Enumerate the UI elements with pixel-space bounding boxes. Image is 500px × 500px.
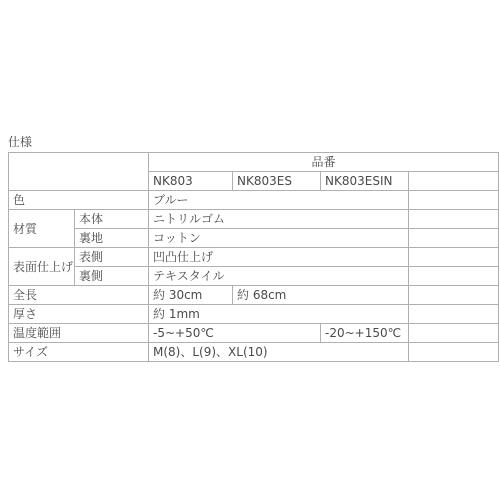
empty-cell xyxy=(409,324,499,343)
row-surface-back: 裏側 テキスタイル xyxy=(9,267,499,286)
row-thickness-label: 厚さ xyxy=(9,305,149,324)
row-thickness-value: 約 1mm xyxy=(149,305,409,324)
empty-cell xyxy=(409,286,499,305)
row-temperature-label: 温度範囲 xyxy=(9,324,149,343)
row-temperature: 温度範囲 -5~+50℃ -20~+150℃ xyxy=(9,324,499,343)
row-color-value: ブルー xyxy=(149,191,409,210)
row-temperature-value-esin: -20~+150℃ xyxy=(321,324,409,343)
page: 仕様 品番 NK803 NK803ES NK803ESIN 色 ブルー xyxy=(0,0,500,500)
empty-cell xyxy=(409,172,499,191)
row-surface-back-label: 裏側 xyxy=(75,267,149,286)
row-thickness: 厚さ 約 1mm xyxy=(9,305,499,324)
row-material-lining: 裏地 コットン xyxy=(9,229,499,248)
row-material-label: 材質 xyxy=(9,210,75,248)
empty-cell xyxy=(409,343,499,362)
row-material-lining-value: コットン xyxy=(149,229,409,248)
row-surface-front-value: 凹凸仕上げ xyxy=(149,248,409,267)
row-temperature-value-standard: -5~+50℃ xyxy=(149,324,321,343)
row-length: 全長 約 30cm 約 68cm xyxy=(9,286,499,305)
row-length-label: 全長 xyxy=(9,286,149,305)
row-material-body-label: 本体 xyxy=(75,210,149,229)
row-surface-front-label: 表側 xyxy=(75,248,149,267)
row-size: サイズ M(8)、L(9)、XL(10) xyxy=(9,343,499,362)
row-surface-back-value: テキスタイル xyxy=(149,267,409,286)
empty-cell xyxy=(409,248,499,267)
part-number-group-header: 品番 xyxy=(149,153,499,172)
row-material-body-value: ニトリルゴム xyxy=(149,210,409,229)
row-color: 色 ブルー xyxy=(9,191,499,210)
row-length-value-nk803: 約 30cm xyxy=(149,286,233,305)
row-surface-front: 表面仕上げ 表側 凹凸仕上げ xyxy=(9,248,499,267)
model-header-nk803esin: NK803ESIN xyxy=(321,172,409,191)
row-size-value: M(8)、L(9)、XL(10) xyxy=(149,343,409,362)
empty-cell xyxy=(409,191,499,210)
spec-table: 品番 NK803 NK803ES NK803ESIN 色 ブルー 材質 本体 ニ… xyxy=(8,152,499,362)
empty-cell xyxy=(409,229,499,248)
empty-cell xyxy=(409,305,499,324)
row-color-label: 色 xyxy=(9,191,149,210)
model-header-nk803: NK803 xyxy=(149,172,233,191)
section-title: 仕様 xyxy=(8,135,32,149)
empty-cell xyxy=(409,210,499,229)
corner-cell xyxy=(9,153,149,191)
row-material-lining-label: 裏地 xyxy=(75,229,149,248)
row-length-value-nk803es-esin: 約 68cm xyxy=(233,286,409,305)
model-header-nk803es: NK803ES xyxy=(233,172,321,191)
header-row-group: 品番 xyxy=(9,153,499,172)
row-surface-label: 表面仕上げ xyxy=(9,248,75,286)
empty-cell xyxy=(409,267,499,286)
row-material-body: 材質 本体 ニトリルゴム xyxy=(9,210,499,229)
row-size-label: サイズ xyxy=(9,343,149,362)
